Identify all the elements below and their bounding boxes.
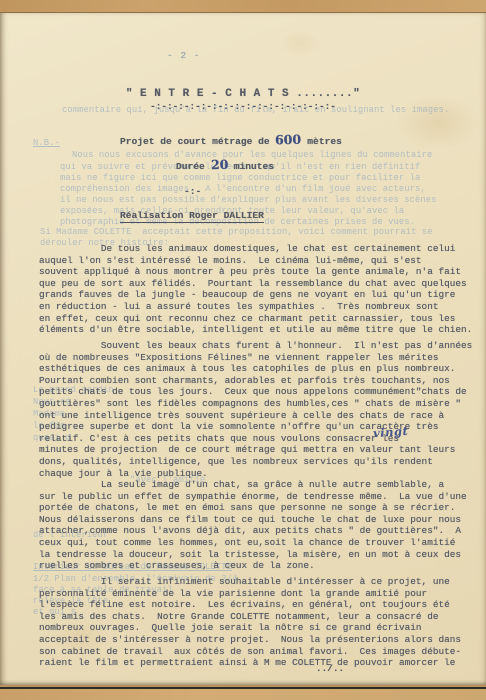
director-line: Réalisation Roger DALLIER <box>120 210 264 221</box>
ghost-text-line: compréhension des images. A l'encontre d… <box>60 184 426 194</box>
typed-line: éléments d'un être sociable, intelligent… <box>39 324 485 336</box>
typed-line: esthétiques de ces animaux à tous les ca… <box>39 363 485 375</box>
typed-line: ruelles sombres et crasseuses, à ceux de… <box>39 560 485 572</box>
handwritten-metres-value: 600 <box>275 136 301 144</box>
typed-line: en effet, ceux qui ont reconnu chez ce c… <box>39 313 485 325</box>
typed-line: petits chats de tous les jours. Ceux que… <box>39 386 485 398</box>
typed-line: l'espèce féline est notoire. Les écrivai… <box>39 599 485 611</box>
typed-paragraph: La seule image d'un chat, sa grâce à nul… <box>39 479 485 572</box>
typed-line: chaque jour à la vie publique. <box>39 468 485 480</box>
typed-line: dons, qualités, intelligence, que les no… <box>39 456 485 468</box>
typed-line: ceux qui, tout comme les hommes, ont eu,… <box>39 537 485 549</box>
title-separator: -:-:-:-:-:-:-:-:-:-:-:-:-:-:-:-:- <box>0 101 486 112</box>
typed-paragraph: Il serait infiniment souhaitable d'intér… <box>39 576 485 669</box>
typed-line: raient le film et permettraient ainsi à … <box>39 657 485 669</box>
typed-line: souvent appliqué à nous montrer à peu pr… <box>39 266 485 278</box>
typed-line: attacher,comme nous l'avons déjà dit, au… <box>39 525 485 537</box>
typed-paragraph: De tous les animaux domestiques, le chat… <box>39 243 485 336</box>
project-length-prefix: Projet de court métrage de <box>120 136 275 147</box>
typed-line: ont une intelligence très souvent supéri… <box>39 410 485 422</box>
small-separator: -:- <box>184 186 201 197</box>
typed-line: Souvent les beaux chats furent à l'honne… <box>39 340 485 352</box>
typed-line: les amis des chats. Notre Grande COLETTE… <box>39 611 485 623</box>
duration-line: Durée 20 minutes <box>176 161 274 172</box>
typed-line: où de nombreuses "Expositions Félines" n… <box>39 352 485 364</box>
handwritten-minutes-value: 20 <box>210 161 228 169</box>
ghost-text-line: N.B.- <box>33 138 60 148</box>
typed-paragraph: Souvent les beaux chats furent à l'honne… <box>39 340 485 479</box>
typed-line: acceptait de s'intéresser à notre projet… <box>39 634 485 646</box>
typed-line: auquel l'on s'est intéressé le moins. Le… <box>39 255 485 267</box>
ghost-page-number: - 2 - <box>167 50 201 61</box>
continuation-mark: ../.. <box>316 663 344 674</box>
typed-line: gouttières" sont les fidèles compagnons … <box>39 398 485 410</box>
typed-line: Nous délaisserons dans ce film tout ce q… <box>39 514 485 526</box>
duration-suffix: minutes <box>228 161 274 172</box>
duration-prefix: Durée <box>176 161 211 172</box>
document-title: " E N T R E - C H A T S ........" <box>0 88 486 100</box>
typed-line: son cabinet de travail aux côtés de son … <box>39 646 485 658</box>
typed-line: que peu de sort aux félidés. Pourtant la… <box>39 278 485 290</box>
ghost-text-line: Nous nous excusons d'avance pour les que… <box>72 150 432 160</box>
scan-edge-top <box>0 0 486 13</box>
typed-line: sur le public un effet de sympathie énor… <box>39 491 485 503</box>
typed-line: la tendresse la douceur, soit la tristes… <box>39 549 485 561</box>
scan-edge-bottom <box>0 687 486 700</box>
ghost-text-line: Si Madame COLETTE acceptait cette propos… <box>40 227 433 237</box>
typed-line: minutes de projection de ce court métrag… <box>39 444 485 456</box>
typed-line: relatif. C'est à ces petits chats que no… <box>39 433 485 445</box>
typed-line: Pourtant combien sont charmants, adorabl… <box>39 375 485 387</box>
typed-line: nombreux ouvrages. Quelle joie serait la… <box>39 622 485 634</box>
scanned-document-page: { "page": { "ghost_page_number": "- 2 -"… <box>0 0 486 700</box>
typed-line: pedigree superbe et dont la vie somnolen… <box>39 421 485 433</box>
ghost-text-line: il ne nous est pas possible d'expliquer … <box>60 195 437 205</box>
ghost-text-line: mais ne figure ici que comme ligne condu… <box>60 173 420 183</box>
typed-line: De tous les animaux domestiques, le chat… <box>39 243 485 255</box>
project-length-line: Projet de court métrage de 600 mètres <box>120 136 342 147</box>
paper-sheet: commentaire qui, jusqu'à la fin du film,… <box>0 13 486 685</box>
typed-line: personnalité éminente de la vie parisien… <box>39 588 485 600</box>
handwritten-word: vingt <box>373 424 409 440</box>
typed-line: grands fauves de la jungle - beaucoup de… <box>39 289 485 301</box>
typed-line: La seule image d'un chat, sa grâce à nul… <box>39 479 485 491</box>
typed-line: Il serait infiniment souhaitable d'intér… <box>39 576 485 588</box>
project-length-suffix: mètres <box>302 136 342 147</box>
typed-line: en réduction - lui a assuré toutes les s… <box>39 301 485 313</box>
typed-line: portée de chatons, le met en émoi sans q… <box>39 502 485 514</box>
director-name: Réalisation Roger DALLIER <box>120 210 264 223</box>
